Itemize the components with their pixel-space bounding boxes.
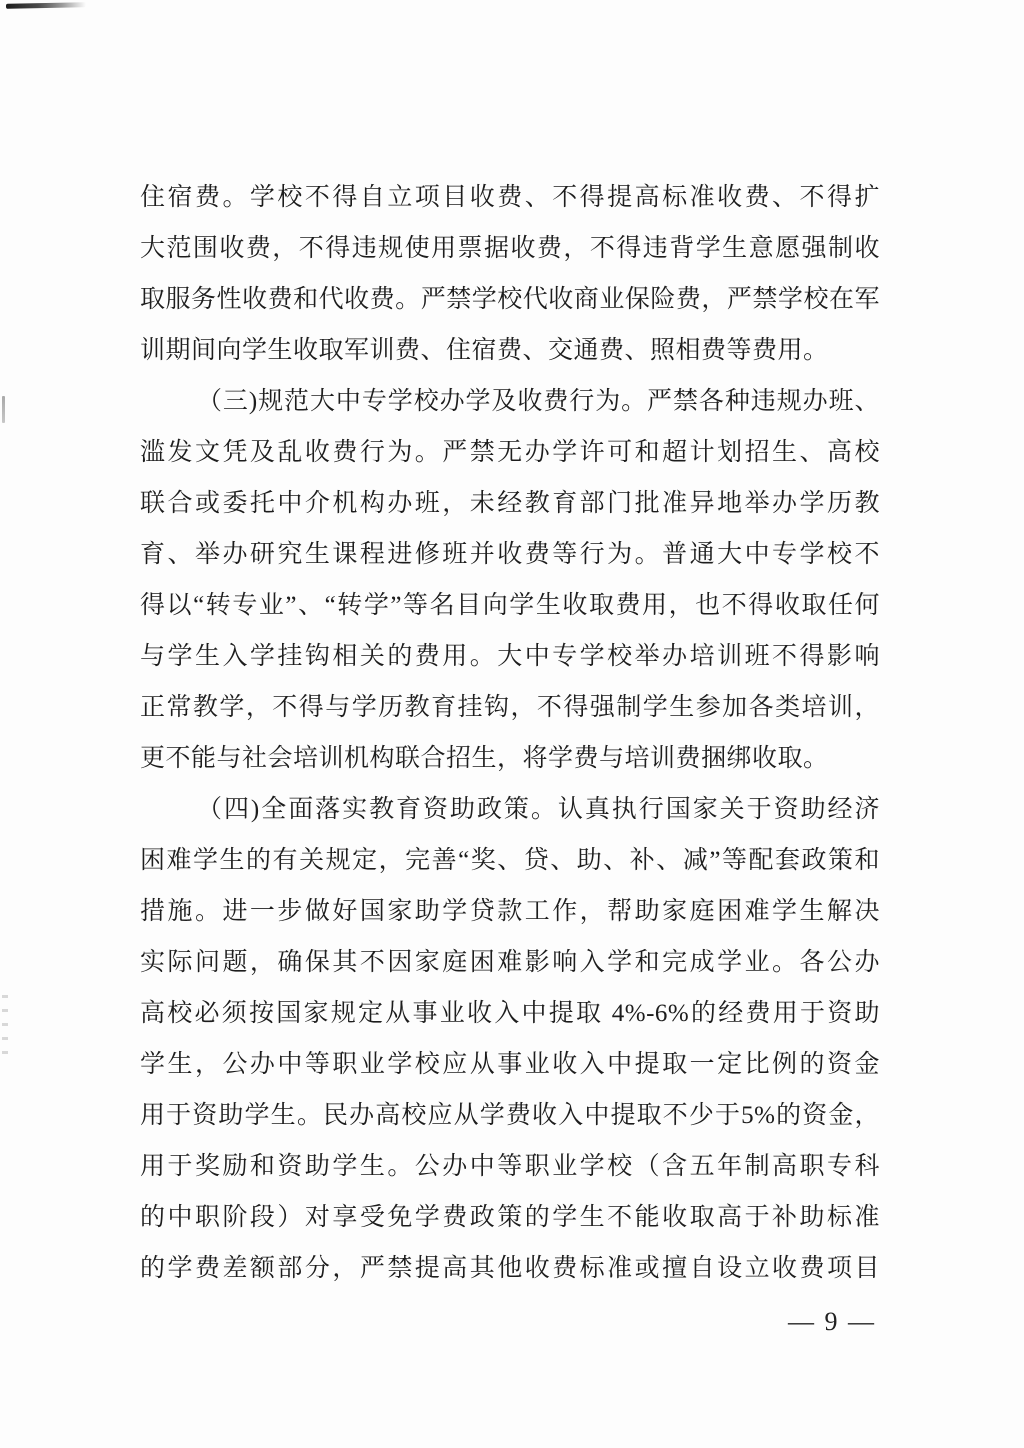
document-line: 训期间向学生收取军训费、住宿费、交通费、照相费等费用。 (140, 325, 880, 376)
document-line: 学生，公办中等职业学校应从事业收入中提取一定比例的资金 (140, 1039, 880, 1090)
document-line: 实际问题，确保其不因家庭困难影响入学和完成学业。各公办 (140, 937, 880, 988)
scan-specks-left-edge (2, 995, 8, 1063)
document-line: 与学生入学挂钩相关的费用。大中专学校举办培训班不得影响 (140, 631, 880, 682)
document-line: （四)全面落实教育资助政策。认真执行国家关于资助经济 (140, 784, 880, 835)
document-body: 住宿费。学校不得自立项目收费、不得提高标准收费、不得扩大范围收费，不得违规使用票… (140, 172, 880, 1294)
document-line: 育、举办研究生课程进修班并收费等行为。普通大中专学校不 (140, 529, 880, 580)
document-line: （三)规范大中专学校办学及收费行为。严禁各种违规办班、 (140, 376, 880, 427)
document-line: 困难学生的有关规定，完善“奖、贷、助、补、减”等配套政策和 (140, 835, 880, 886)
document-line: 的中职阶段）对享受免学费政策的学生不能收取高于补助标准 (140, 1192, 880, 1243)
document-line: 得以“转专业”、“转学”等名目向学生收取费用，也不得收取任何 (140, 580, 880, 631)
document-line: 高校必须按国家规定从事业收入中提取 4%-6%的经费用于资助 (140, 988, 880, 1039)
document-line: 正常教学，不得与学历教育挂钩，不得强制学生参加各类培训， (140, 682, 880, 733)
document-line: 住宿费。学校不得自立项目收费、不得提高标准收费、不得扩 (140, 172, 880, 223)
document-page: 住宿费。学校不得自立项目收费、不得提高标准收费、不得扩大范围收费，不得违规使用票… (0, 0, 1024, 1448)
document-line: 用于奖励和资助学生。公办中等职业学校（含五年制高职专科 (140, 1141, 880, 1192)
document-line: 措施。进一步做好国家助学贷款工作，帮助家庭困难学生解决 (140, 886, 880, 937)
document-line: 联合或委托中介机构办班，未经教育部门批准异地举办学历教 (140, 478, 880, 529)
scan-tick-left-edge (2, 396, 5, 423)
page-number: — 9 — (140, 1306, 876, 1338)
document-line: 用于资助学生。民办高校应从学费收入中提取不少于5%的资金， (140, 1090, 880, 1141)
document-line: 大范围收费，不得违规使用票据收费，不得违背学生意愿强制收 (140, 223, 880, 274)
document-line: 的学费差额部分，严禁提高其他收费标准或擅自设立收费项目 (140, 1243, 880, 1294)
document-line: 取服务性收费和代收费。严禁学校代收商业保险费，严禁学校在军 (140, 274, 880, 325)
document-line: 更不能与社会培训机构联合招生，将学费与培训费捆绑收取。 (140, 733, 880, 784)
scan-smudge-top-left (6, 2, 86, 9)
document-line: 滥发文凭及乱收费行为。严禁无办学许可和超计划招生、高校 (140, 427, 880, 478)
